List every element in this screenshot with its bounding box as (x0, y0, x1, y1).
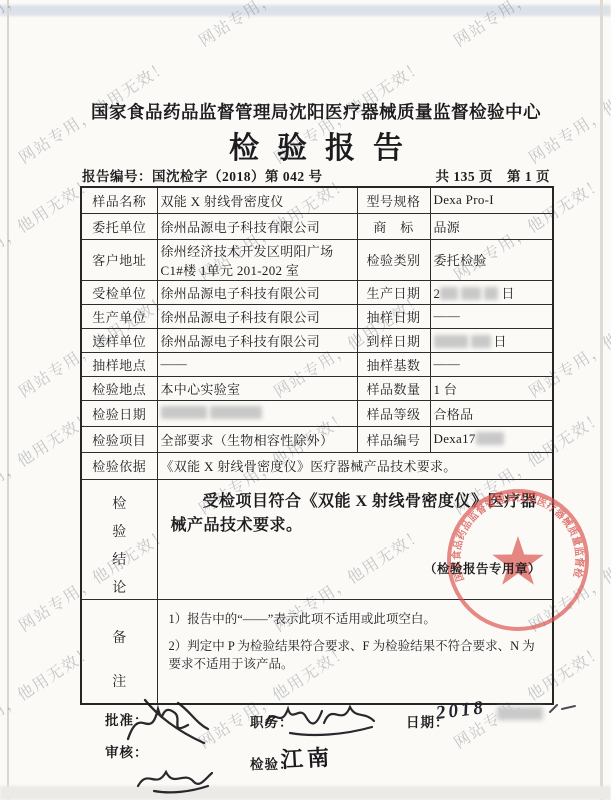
field-label: 样品名称 (81, 187, 157, 213)
table-row: 受检单位徐州品源电子科技有限公司生产日期2日 (81, 280, 553, 304)
vertical-label-char: 结 (112, 549, 126, 569)
field-label: 样品等级 (357, 400, 430, 426)
field-label: 检验日期 (81, 400, 157, 426)
vertical-label-char: 论 (112, 577, 126, 597)
scan-edge-left (7, 0, 9, 800)
review-label: 审核： (105, 741, 149, 761)
vertical-label-char: 注 (112, 671, 126, 691)
seal-caption: （检验报告专用章） (424, 559, 541, 577)
field-value: 委托检验 (430, 239, 553, 280)
redacted-blur (161, 406, 207, 419)
field-label: 检验依据 (81, 452, 157, 479)
table-row: 客户地址徐州经济技术开发区明阳广场 C1#楼 1单元 201-202 室检验类别… (81, 239, 553, 280)
duty-label: 职务： (250, 711, 294, 731)
scan-edge-bottom (0, 786, 611, 800)
redacted-blur (440, 287, 458, 300)
field-value: 品源 (430, 213, 553, 239)
notes-row: 备注1）报告中的“——”表示此项不适用或此项空白。2）判定中 P 为检验结果符合… (81, 599, 553, 704)
conclusion-row: 检验结论受检项目符合《双能 X 射线骨密度仪》医疗器械产品技术要求。 (81, 479, 553, 599)
table-row: 送样单位徐州品源电子科技有限公司到样日期日 (81, 328, 553, 352)
field-value: —— (157, 352, 357, 376)
redacted-blur (210, 406, 262, 419)
report-table: 样品名称双能 X 射线骨密度仪型号规格Dexa Pro-I委托单位徐州品源电子科… (80, 186, 554, 705)
vertical-label-char: 检 (112, 493, 126, 513)
scan-edge-top (0, 5, 611, 16)
field-value: 《双能 X 射线骨密度仪》医疗器械产品技术要求。 (157, 452, 553, 479)
field-value: 本中心实验室 (157, 376, 357, 400)
redacted-blur (476, 432, 504, 445)
field-label: 抽样地点 (81, 352, 157, 376)
notes-label-cell: 备注 (81, 599, 157, 704)
field-value: —— (430, 304, 553, 328)
notes-text-cell: 1）报告中的“——”表示此项不适用或此项空白。2）判定中 P 为检验结果符合要求… (157, 599, 553, 704)
report-meta-row: 报告编号：国沈检字（2018）第 042 号 共 135 页 第 1 页 (82, 165, 550, 185)
conclusion-text-cell: 受检项目符合《双能 X 射线骨密度仪》医疗器械产品技术要求。 (157, 479, 553, 599)
inspector-signature-name: 江南 (280, 741, 334, 775)
vertical-label: 备注 (85, 601, 154, 691)
field-label: 到样日期 (357, 328, 430, 352)
table-row: 检验地点本中心实验室样品数量1 台 (81, 376, 553, 400)
scanned-report-page: 网站专用，他用无效！网站专用，他用无效！网站专用，他用无效！网站专用，他用无效！… (0, 0, 611, 800)
table-row: 生产单位徐州品源电子科技有限公司抽样日期—— (81, 304, 553, 328)
cell-text: 日 (494, 334, 507, 349)
field-value: 徐州品源电子科技有限公司 (157, 280, 357, 304)
field-label: 生产日期 (357, 280, 430, 304)
field-label: 抽样日期 (357, 304, 430, 328)
scan-edge-right (600, 0, 603, 800)
field-label: 型号规格 (357, 187, 430, 213)
vertical-label-char: 验 (112, 521, 126, 541)
conclusion-label-cell: 检验结论 (81, 479, 157, 599)
conclusion-text: 受检项目符合《双能 X 射线骨密度仪》医疗器械产品技术要求。 (171, 490, 542, 540)
field-value: 2日 (430, 280, 553, 304)
field-label: 委托单位 (81, 213, 157, 239)
handwritten-date: 2018 (435, 697, 487, 725)
note-item: 2）判定中 P 为检验结果符合要求、F 为检验结果不符合要求、N 为要求不适用于… (169, 637, 540, 673)
cell-text: 日 (501, 286, 514, 301)
field-label: 抽样基数 (357, 352, 430, 376)
table-row: 检验依据《双能 X 射线骨密度仪》医疗器械产品技术要求。 (81, 452, 553, 479)
field-label: 受检单位 (81, 280, 157, 304)
approve-label: 批准： (105, 709, 149, 729)
field-label: 样品编号 (357, 426, 430, 452)
field-value: 徐州品源电子科技有限公司 (157, 213, 357, 239)
field-value: 徐州经济技术开发区明阳广场 C1#楼 1单元 201-202 室 (157, 239, 357, 280)
redacted-blur (497, 707, 543, 720)
field-value (157, 400, 357, 426)
report-title: 检验报告 (80, 123, 552, 167)
table-row: 委托单位徐州品源电子科技有限公司商 标品源 (81, 213, 553, 239)
field-label: 生产单位 (81, 304, 157, 328)
field-label: 商 标 (357, 213, 430, 239)
cell-text: Dexa17 (434, 431, 476, 446)
vertical-label: 检验结论 (85, 481, 154, 597)
field-value: Dexa Pro-I (430, 187, 553, 213)
field-label: 检验地点 (81, 376, 157, 400)
vertical-label-char: 备 (112, 627, 126, 647)
field-value: —— (430, 352, 553, 376)
table-row: 检验日期样品等级合格品 (81, 400, 553, 426)
redacted-blur (484, 287, 498, 300)
field-label: 客户地址 (81, 239, 157, 280)
table-row: 抽样地点——抽样基数—— (81, 352, 553, 376)
page-count: 共 135 页 第 1 页 (436, 165, 551, 185)
table-row: 检验项目全部要求（生物相容性除外）样品编号Dexa17 (81, 426, 553, 452)
report-number: 报告编号：国沈检字（2018）第 042 号 (82, 165, 323, 185)
issuing-org-title: 国家食品药品监督管理局沈阳医疗器械质量监督检验中心 (80, 99, 552, 124)
field-label: 样品数量 (357, 376, 430, 400)
field-label: 检验项目 (81, 426, 157, 452)
field-value: 双能 X 射线骨密度仪 (157, 187, 357, 213)
field-value: 日 (430, 328, 553, 352)
field-value: 合格品 (430, 400, 553, 426)
note-item: 1）报告中的“——”表示此项不适用或此项空白。 (169, 610, 540, 628)
field-label: 送样单位 (81, 328, 157, 352)
redacted-blur (434, 335, 468, 348)
table-row: 样品名称双能 X 射线骨密度仪型号规格Dexa Pro-I (81, 187, 553, 213)
field-value: 徐州品源电子科技有限公司 (157, 304, 357, 328)
field-label: 检验类别 (357, 239, 430, 280)
field-value: Dexa17 (430, 426, 553, 452)
cell-text: 2 (434, 286, 441, 301)
redacted-blur (471, 335, 491, 348)
field-value: 全部要求（生物相容性除外） (157, 426, 357, 452)
redacted-blur (461, 287, 481, 300)
field-value: 徐州品源电子科技有限公司 (157, 328, 357, 352)
field-value: 1 台 (430, 376, 553, 400)
